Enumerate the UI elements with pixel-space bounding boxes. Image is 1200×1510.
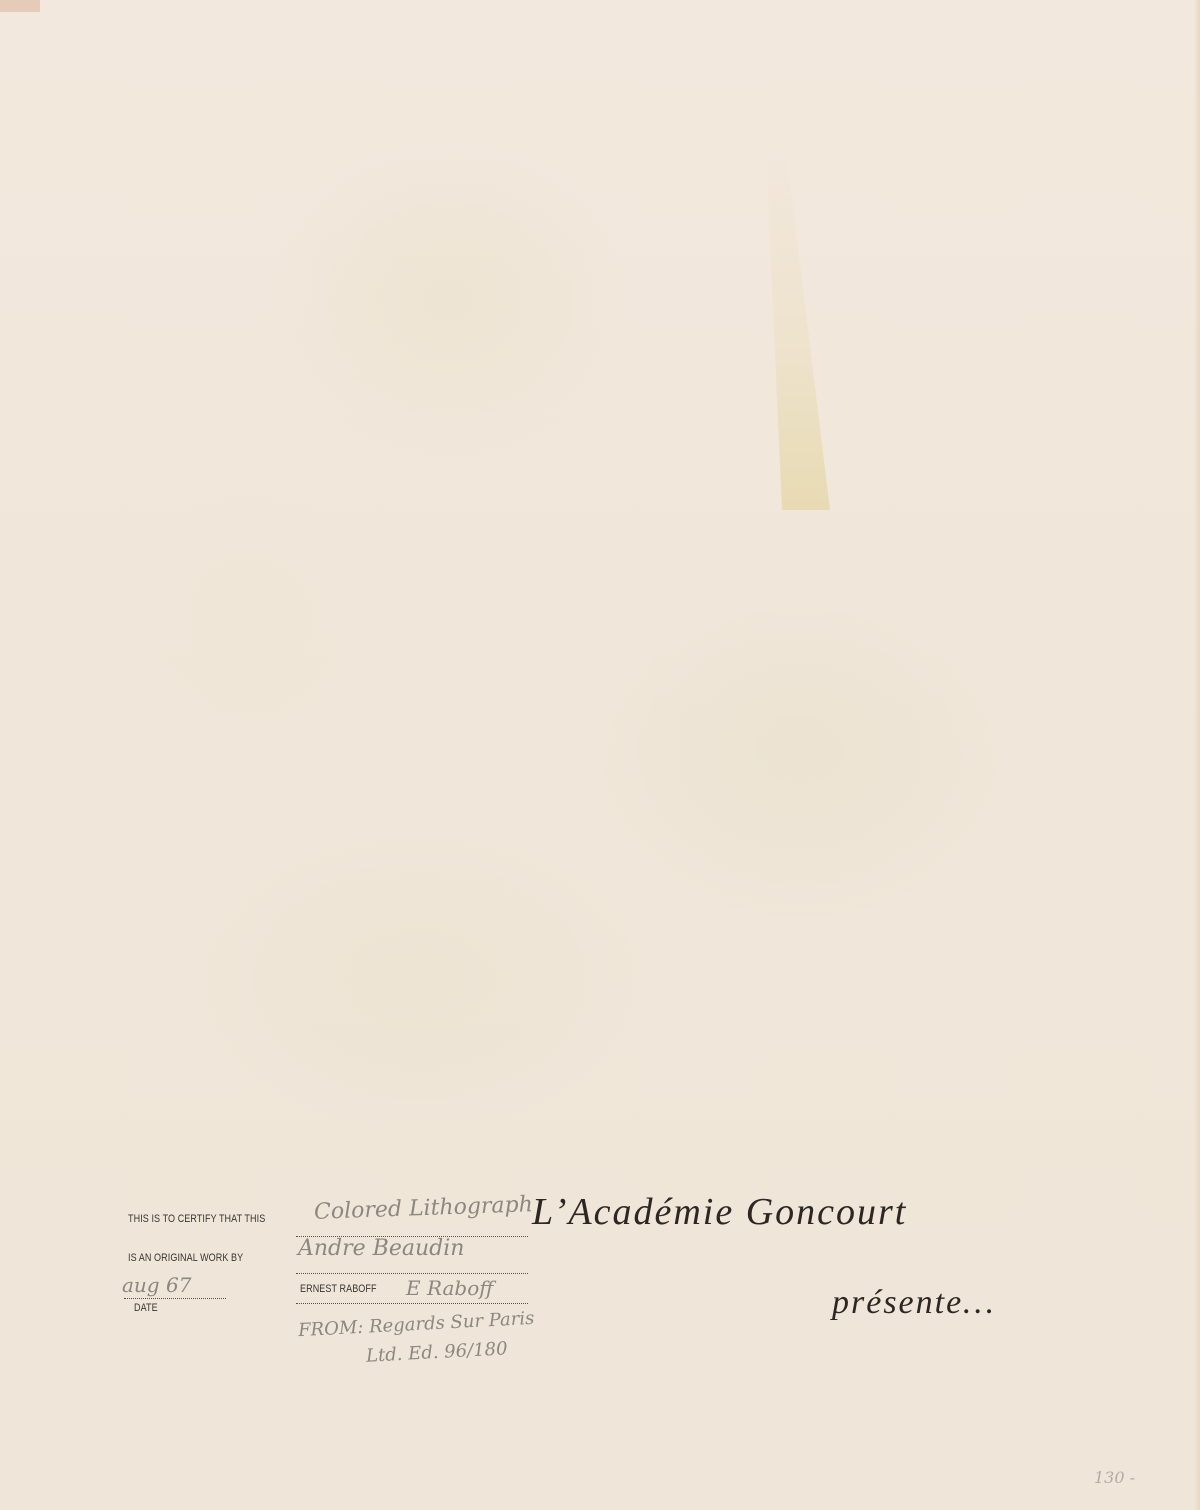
- paper-edge: [1194, 0, 1200, 1510]
- certify-label: THIS IS TO CERTIFY THAT THIS: [128, 1213, 265, 1225]
- corner-tape-mark: [0, 0, 40, 12]
- date-label: DATE: [134, 1302, 158, 1314]
- signer-signature: E Raboff: [406, 1276, 493, 1300]
- signer-label: ERNEST RABOFF: [300, 1283, 377, 1295]
- document-title: L’Académie Goncourt: [532, 1190, 907, 1234]
- artist-line: [296, 1273, 528, 1274]
- artist-handwritten: Andre Beaudin: [298, 1236, 464, 1261]
- document-subtitle: présente…: [832, 1284, 995, 1322]
- date-line: [124, 1298, 226, 1299]
- corner-pencil-number: 130 -: [1094, 1468, 1135, 1487]
- date-handwritten: aug 67: [122, 1273, 191, 1297]
- artist-label: IS AN ORIGINAL WORK BY: [128, 1252, 243, 1264]
- signer-line: [296, 1303, 528, 1304]
